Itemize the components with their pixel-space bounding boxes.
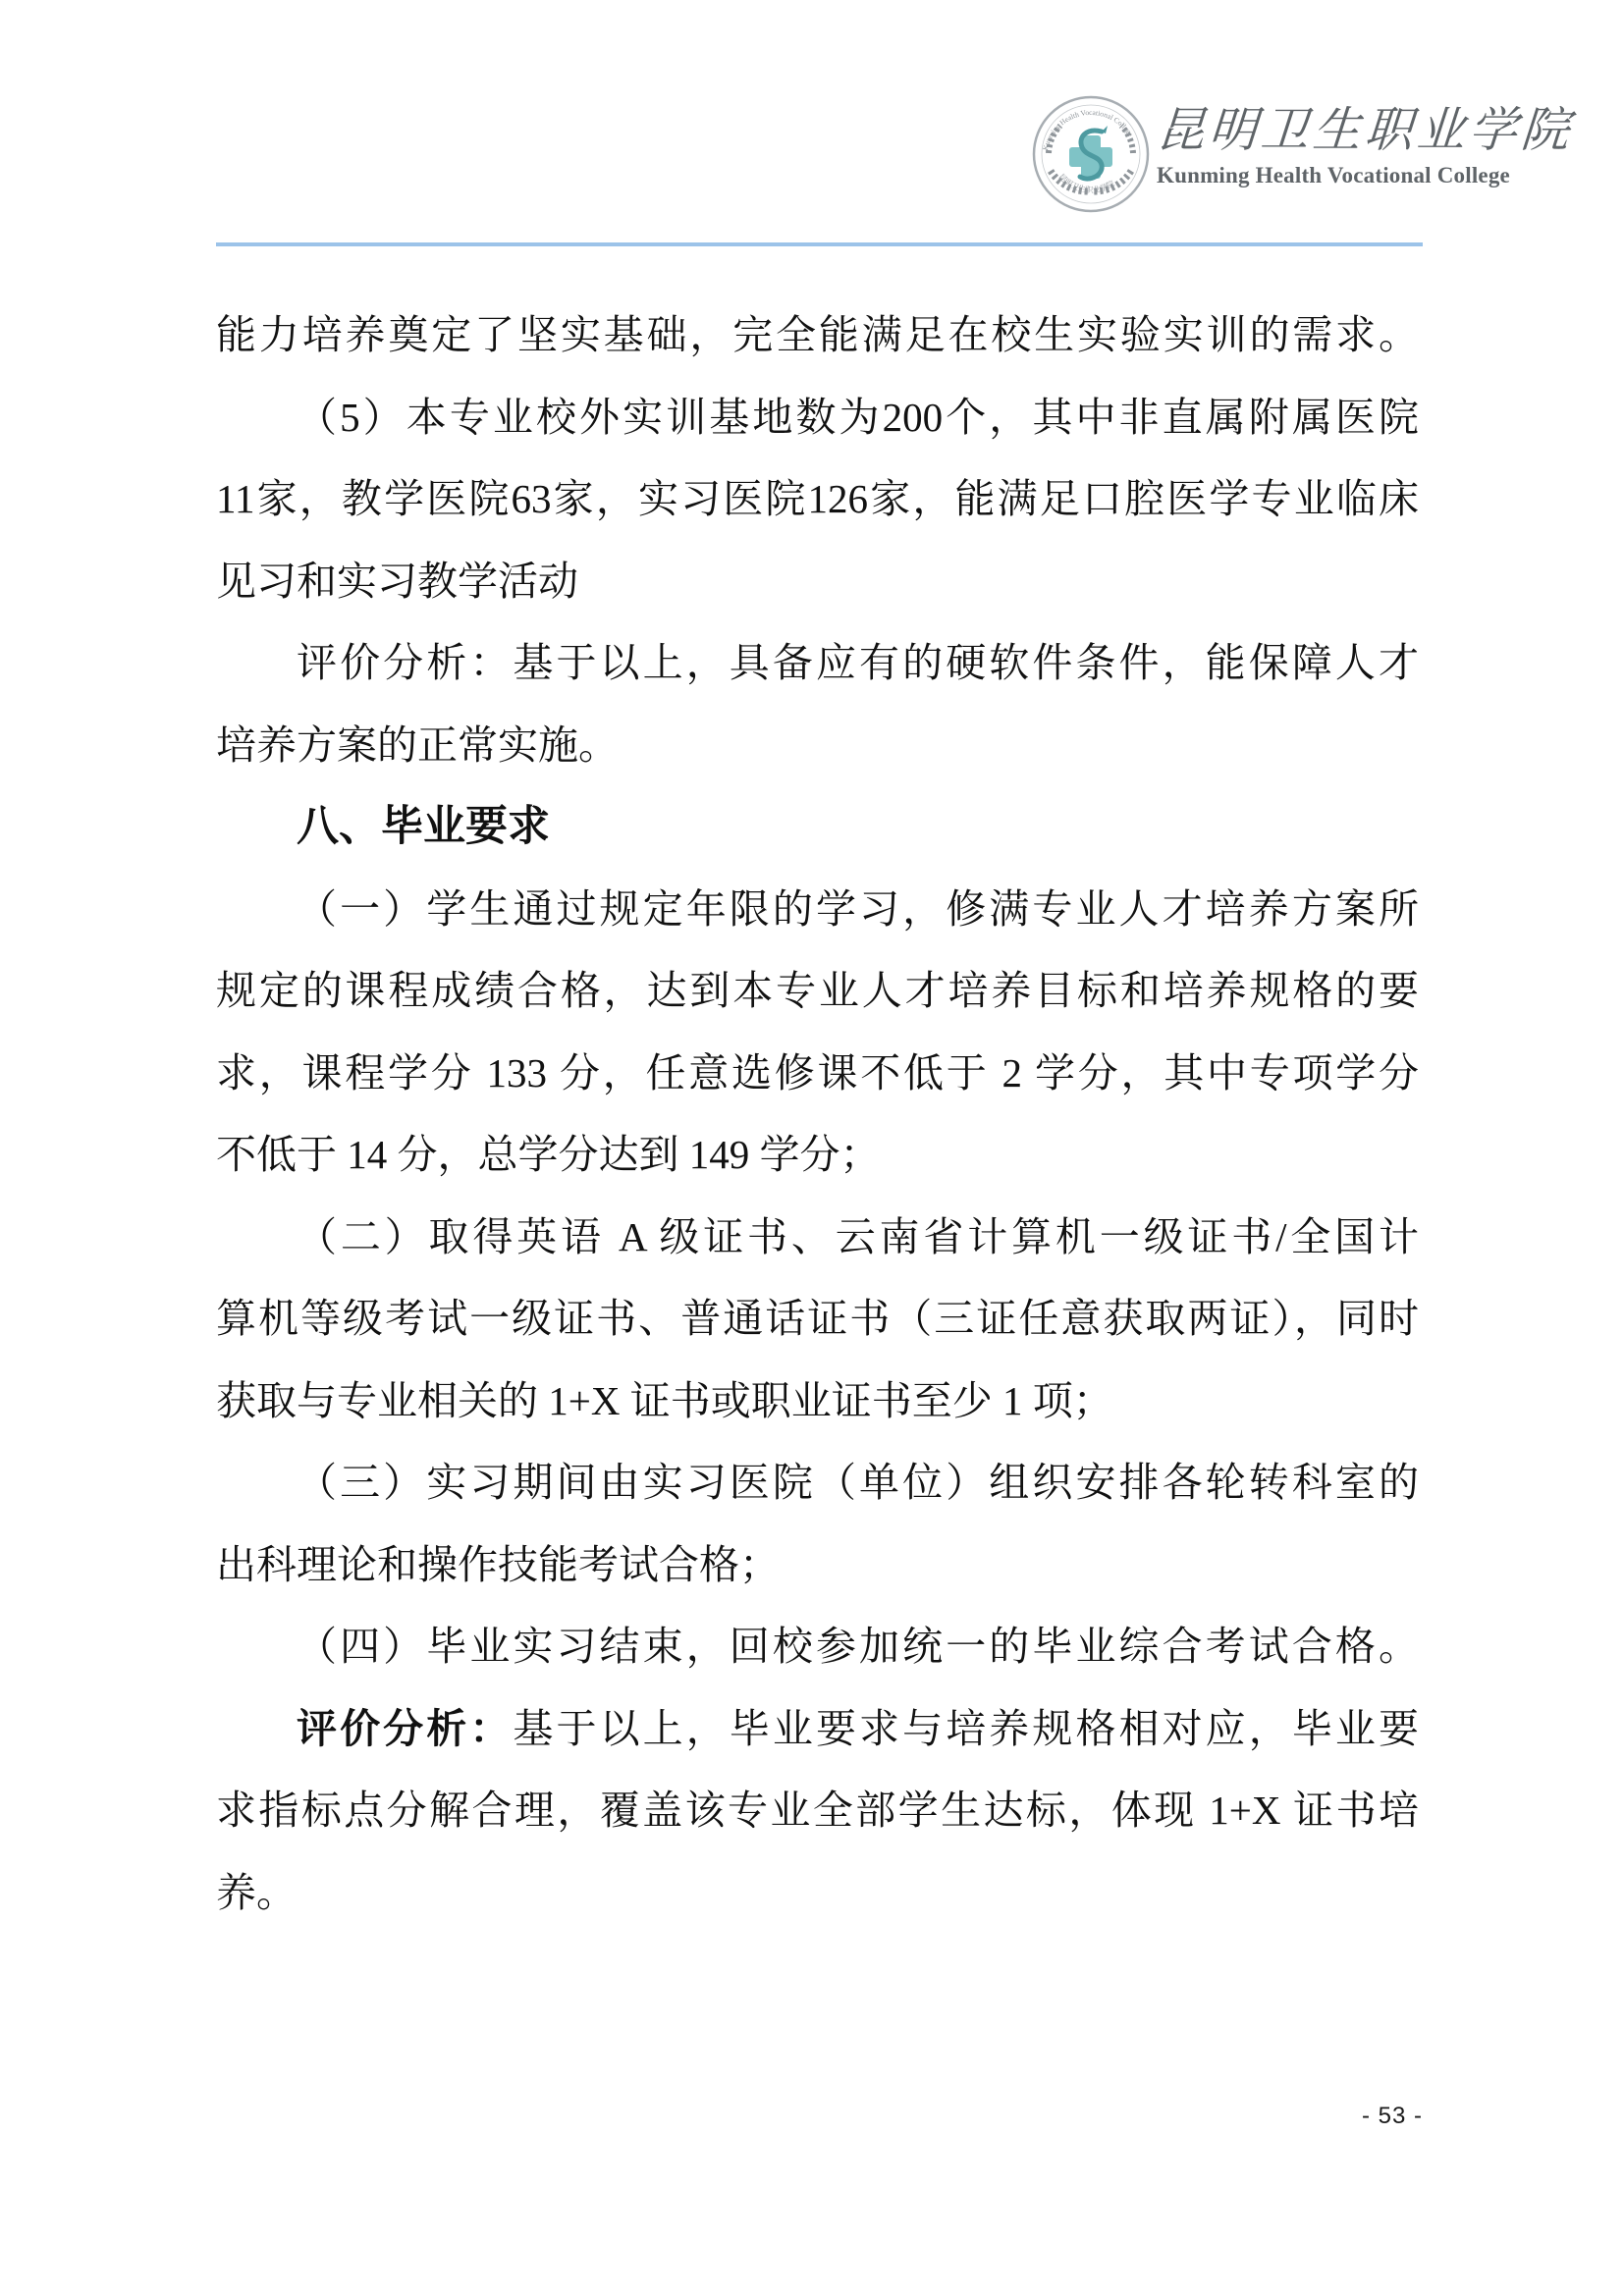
paragraph-line: 出科理论和操作技能考试合格； xyxy=(216,1524,1419,1607)
section-heading: 八、毕业要求 xyxy=(216,786,1419,869)
emphasis-label: 评价分析： xyxy=(297,1706,513,1751)
paragraph-line: 养。 xyxy=(216,1852,1419,1935)
paragraph-line: 获取与专业相关的 1+X 证书或职业证书至少 1 项； xyxy=(216,1361,1419,1443)
paragraph-line: 求指标点分解合理，覆盖该专业全部学生达标，体现 1+X 证书培 xyxy=(216,1770,1419,1852)
line-text: 基于以上，毕业要求与培养规格相对应，毕业要 xyxy=(513,1706,1419,1751)
paragraph-line: 规定的课程成绩合格，达到本专业人才培养目标和培养规格的要 xyxy=(216,950,1419,1033)
paragraph-line: 能力培养奠定了坚实基础，完全能满足在校生实验实训的需求。 xyxy=(216,294,1419,377)
document-page: Kunming Health Vocational College 昆明卫生职业… xyxy=(0,0,1624,2296)
paragraph-line: 不低于 14 分，总学分达到 149 学分； xyxy=(216,1114,1419,1197)
document-body: 能力培养奠定了坚实基础，完全能满足在校生实验实训的需求。 （5）本专业校外实训基… xyxy=(216,294,1419,1934)
paragraph-line: （二）取得英语 A 级证书、云南省计算机一级证书/全国计 xyxy=(216,1197,1419,1279)
paragraph-line: 见习和实习教学活动 xyxy=(216,541,1419,623)
paragraph-line: 评价分析：基于以上，具备应有的硬软件条件，能保障人才 xyxy=(216,622,1419,705)
paragraph-line: （一）学生通过规定年限的学习，修满专业人才培养方案所 xyxy=(216,869,1419,951)
paragraph-line: 评价分析：基于以上，毕业要求与培养规格相对应，毕业要 xyxy=(216,1688,1419,1771)
college-name-english: Kunming Health Vocational College xyxy=(1157,163,1510,188)
paragraph-line: 算机等级考试一级证书、普通话证书（三证任意获取两证），同时 xyxy=(216,1278,1419,1361)
paragraph-line: 培养方案的正常实施。 xyxy=(216,705,1419,787)
college-name-calligraphy: 昆明卫生职业学院 xyxy=(1155,102,1504,159)
header-divider-rule xyxy=(216,242,1423,246)
college-seal-logo: Kunming Health Vocational College 昆明卫生职业… xyxy=(1031,94,1151,214)
paragraph-line: 求，课程学分 133 分，任意选修课不低于 2 学分，其中专项学分 xyxy=(216,1033,1419,1115)
paragraph-line: （四）毕业实习结束，回校参加统一的毕业综合考试合格。 xyxy=(216,1606,1419,1688)
paragraph-line: （三）实习期间由实习医院（单位）组织安排各轮转科室的 xyxy=(216,1442,1419,1524)
paragraph-line: （5）本专业校外实训基地数为200个，其中非直属附属医院 xyxy=(216,377,1419,459)
paragraph-line: 11家，教学医院63家，实习医院126家，能满足口腔医学专业临床 xyxy=(216,458,1419,541)
page-number: - 53 - xyxy=(1362,2103,1423,2130)
